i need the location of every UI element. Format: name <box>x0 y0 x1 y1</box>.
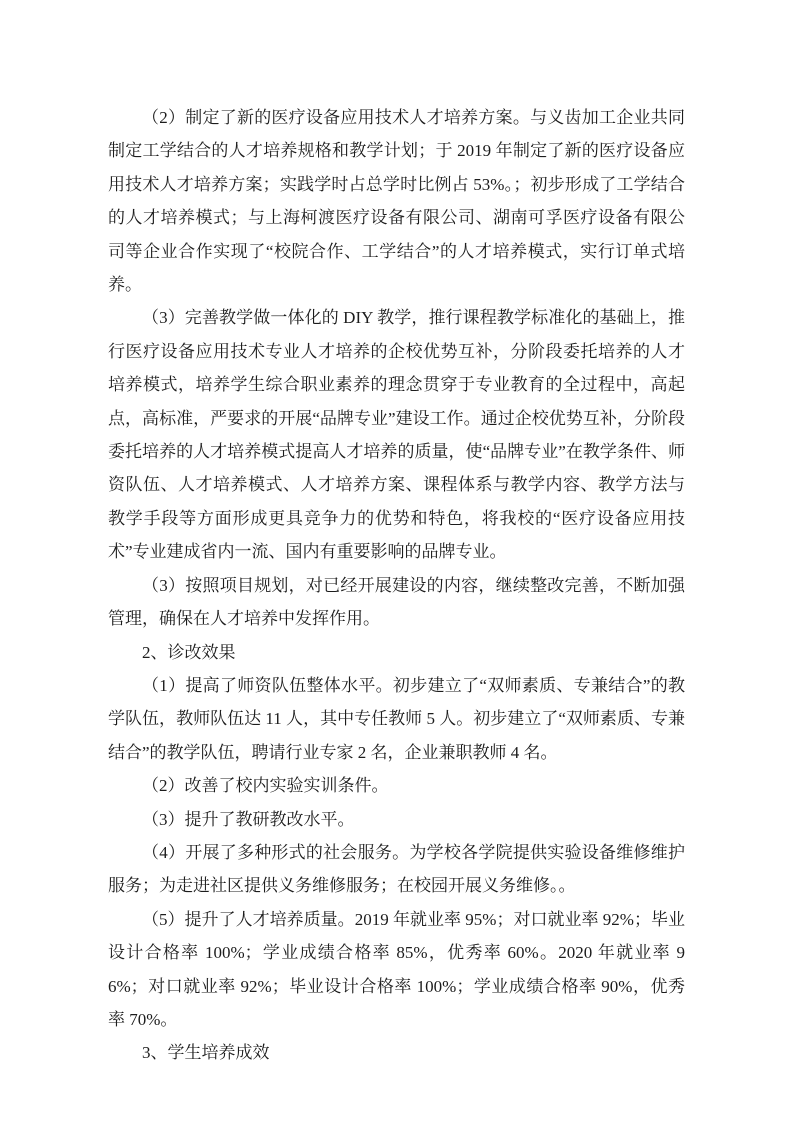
paragraph-project-plan: （3）按照项目规划，对已经开展建设的内容，继续整改完善，不断加强管理，确保在人才… <box>108 569 685 636</box>
heading-reform-effects: 2、诊改效果 <box>108 636 685 669</box>
paragraph-social-services: （4）开展了多种形式的社会服务。为学校各学院提供实验设备维修维护服务；为走进社区… <box>108 836 685 903</box>
paragraph-teaching-team: （1）提高了师资队伍整体水平。初步建立了“双师素质、专兼结合”的教学队伍，教师队… <box>108 669 685 769</box>
heading-student-achievements: 3、学生培养成效 <box>108 1036 685 1069</box>
paragraph-training-quality: （5）提升了人才培养质量。2019 年就业率 95%；对口就业率 92%；毕业设… <box>108 903 685 1037</box>
paragraph-training-conditions: （2）改善了校内实验实训条件。 <box>108 769 685 802</box>
paragraph-teaching-research: （3）提升了教研教改水平。 <box>108 803 685 836</box>
document-page: （2）制定了新的医疗设备应用技术人才培养方案。与义齿加工企业共同制定工学结合的人… <box>0 0 793 1122</box>
paragraph-training-plan: （2）制定了新的医疗设备应用技术人才培养方案。与义齿加工企业共同制定工学结合的人… <box>108 101 685 301</box>
paragraph-diy-teaching: （3）完善教学做一体化的 DIY 教学，推行课程教学标准化的基础上，推行医疗设备… <box>108 301 685 568</box>
